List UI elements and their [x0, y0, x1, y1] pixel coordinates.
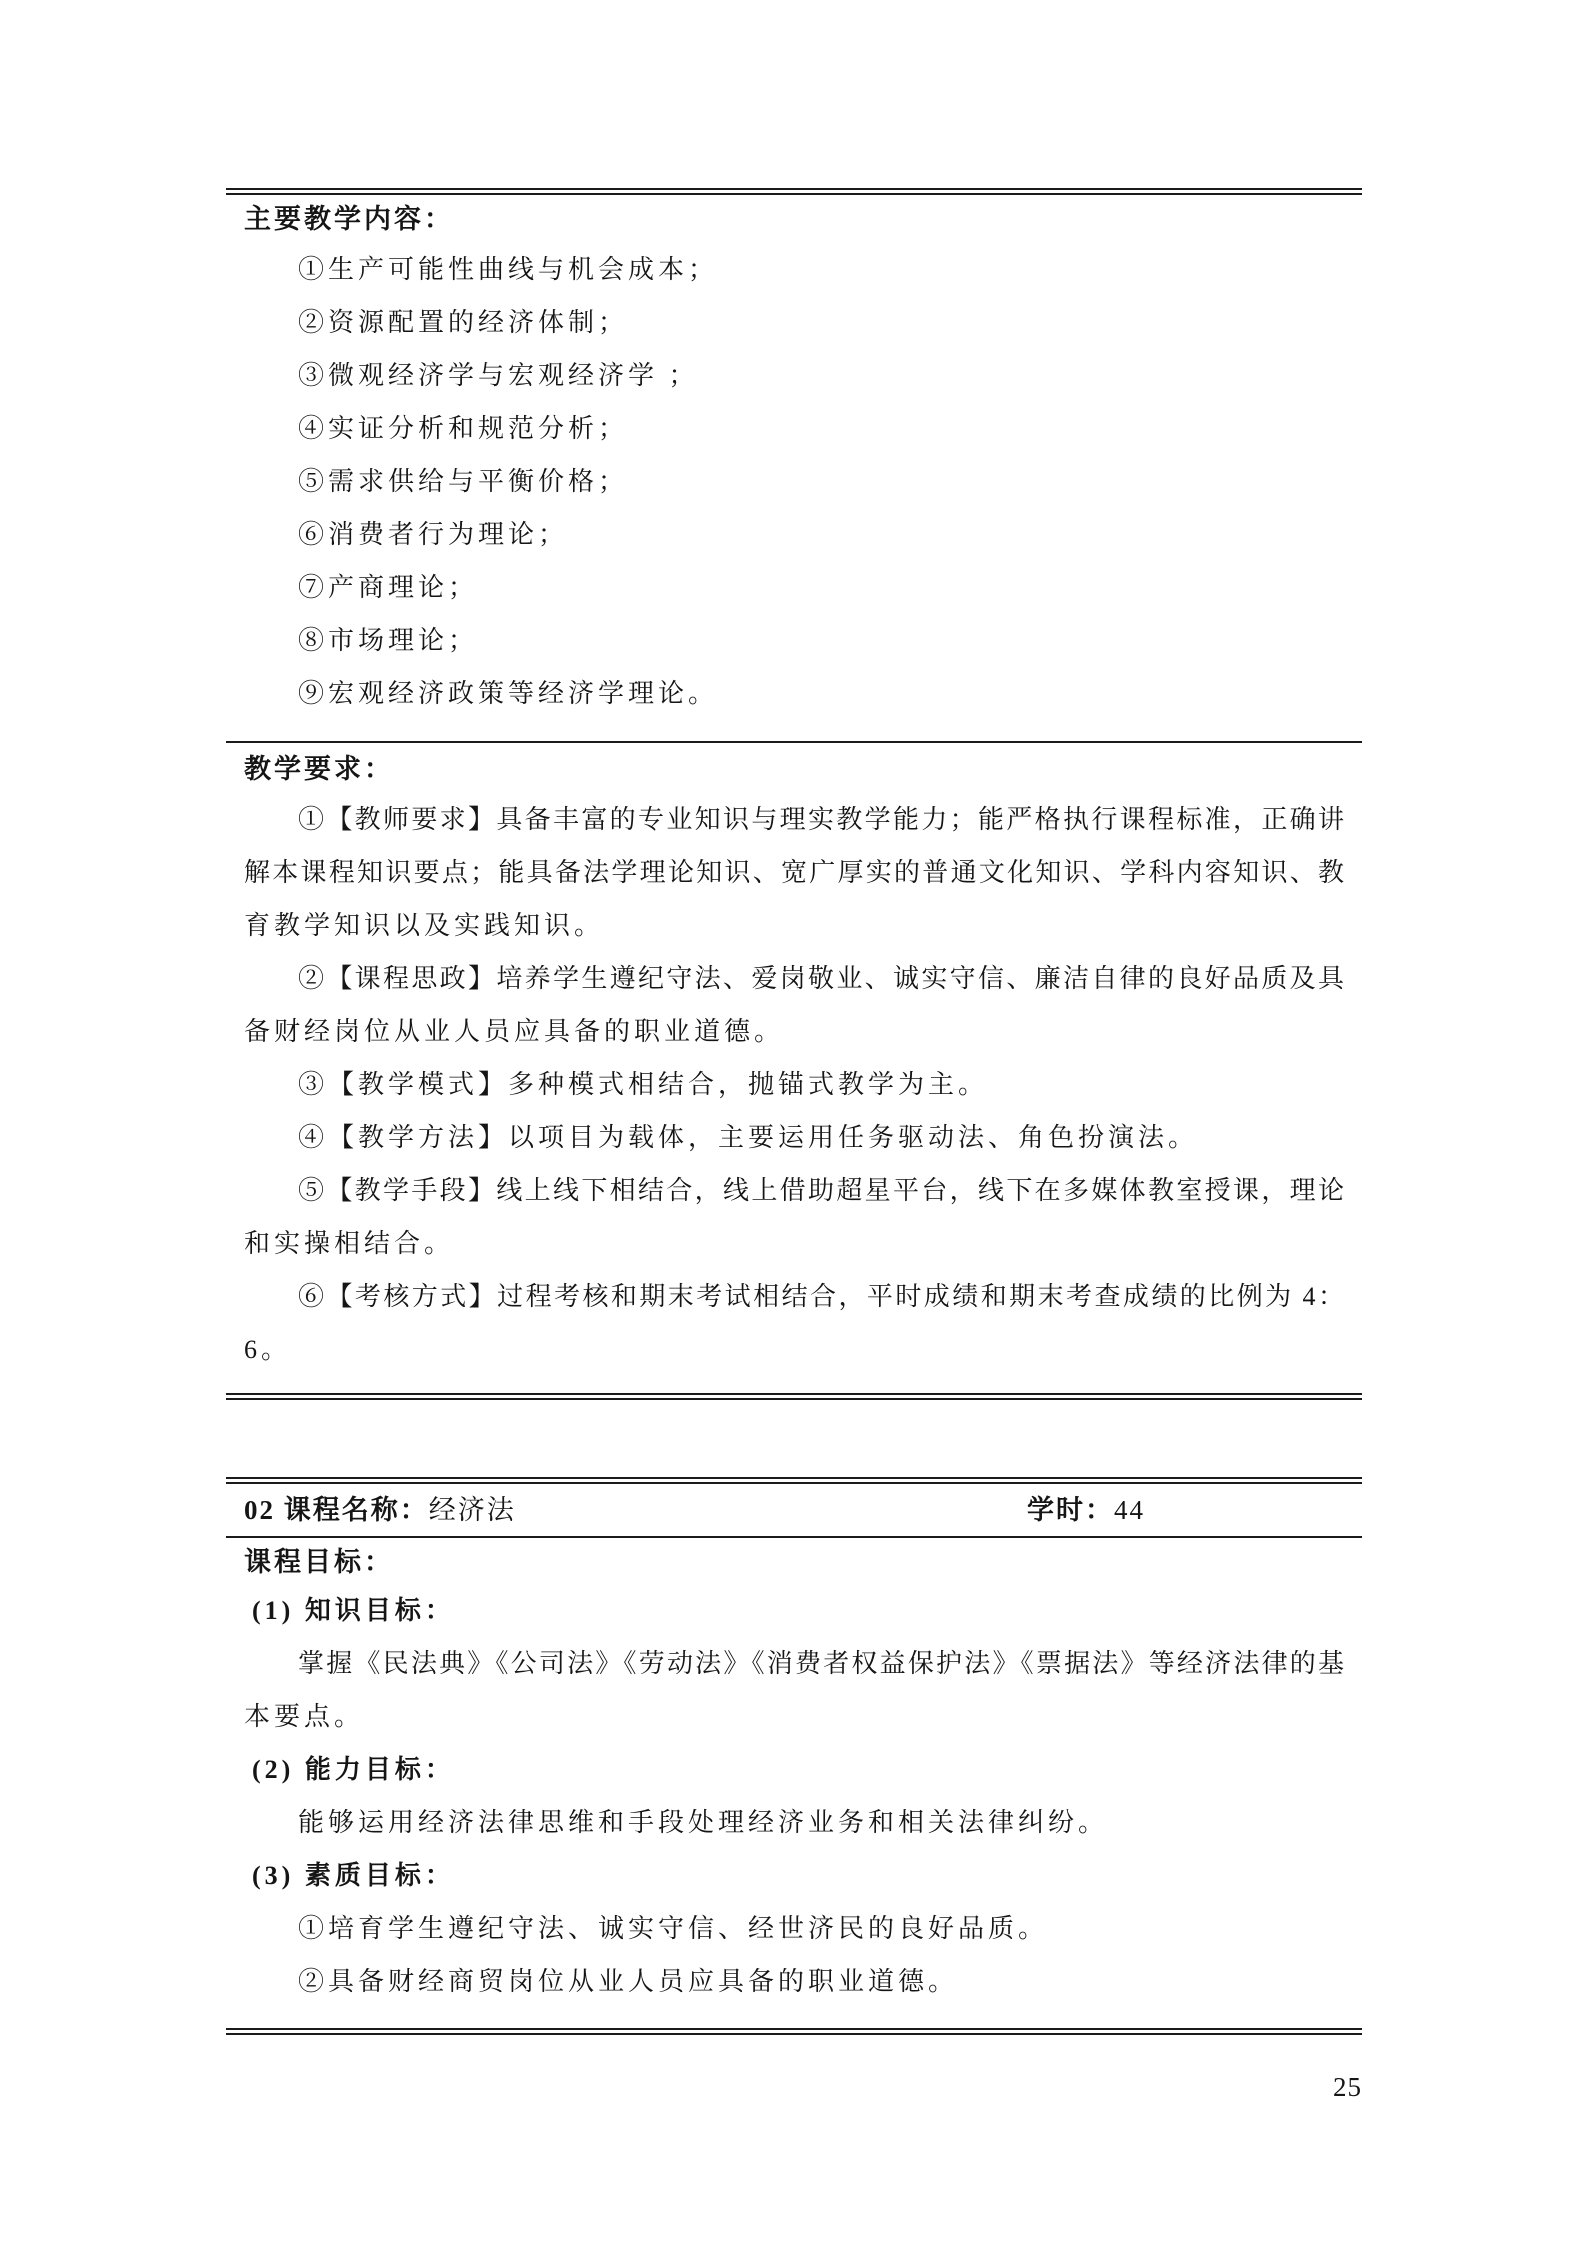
quality-objective-heading: (3) 素质目标：	[244, 1849, 1344, 1902]
requirement-line: 和实操相结合。	[244, 1217, 1344, 1270]
requirement-line: ④【教学方法】以项目为载体，主要运用任务驱动法、角色扮演法。	[244, 1111, 1344, 1164]
ability-objective-heading: (2) 能力目标：	[244, 1743, 1344, 1796]
requirement-line: ⑤【教学手段】线上线下相结合，线上借助超星平台，线下在多媒体教室授课，理论	[244, 1164, 1344, 1217]
document-page: 主要教学内容： ①生产可能性曲线与机会成本； ②资源配置的经济体制； ③微观经济…	[0, 0, 1587, 2245]
objective-line: ①培育学生遵纪守法、诚实守信、经世济民的良好品质。	[244, 1902, 1344, 1955]
table2-bottom-border	[226, 2028, 1362, 2035]
objective-line: 能够运用经济法律思维和手段处理经济业务和相关法律纠纷。	[244, 1796, 1344, 1849]
objective-line: ②具备财经商贸岗位从业人员应具备的职业道德。	[244, 1955, 1344, 2008]
course-objectives-heading: 课程目标：	[244, 1540, 1344, 1584]
main-teaching-content-heading: 主要教学内容：	[244, 195, 1344, 243]
table1-top-border	[226, 188, 1362, 195]
course-header-row: 02 课程名称：经济法 学时：44	[226, 1484, 1362, 1536]
teaching-content-table: 主要教学内容： ①生产可能性曲线与机会成本； ②资源配置的经济体制； ③微观经济…	[226, 188, 1362, 1400]
requirement-line: ①【教师要求】具备丰富的专业知识与理实教学能力；能严格执行课程标准，正确讲	[244, 793, 1344, 846]
hours-value: 44	[1114, 1495, 1145, 1525]
requirement-line: 备财经岗位从业人员应具备的职业道德。	[244, 1005, 1344, 1058]
requirement-line: ②【课程思政】培养学生遵纪守法、爱岗敬业、诚实守信、廉洁自律的良好品质及具	[244, 952, 1344, 1005]
content-item-4: ④实证分析和规范分析；	[244, 402, 1344, 455]
course-objectives-section: 课程目标： (1) 知识目标： 掌握《民法典》《公司法》《劳动法》《消费者权益保…	[226, 1538, 1362, 2028]
course-number-label: 02 课程名称：	[244, 1495, 429, 1525]
content-item-9: ⑨宏观经济政策等经济学理论。	[244, 667, 1344, 720]
page-number: 25	[1162, 2072, 1362, 2103]
table2-top-border	[226, 1477, 1362, 1484]
requirement-line: ③【教学模式】多种模式相结合，抛锚式教学为主。	[244, 1058, 1344, 1111]
hours-label: 学时：	[1027, 1495, 1114, 1525]
objective-line: 掌握《民法典》《公司法》《劳动法》《消费者权益保护法》《票据法》等经济法律的基	[244, 1637, 1344, 1690]
content-item-5: ⑤需求供给与平衡价格；	[244, 455, 1344, 508]
requirement-line: ⑥【考核方式】过程考核和期末考试相结合，平时成绩和期末考查成绩的比例为 4：	[244, 1270, 1344, 1323]
knowledge-objective-heading: (1) 知识目标：	[244, 1584, 1344, 1637]
objective-line: 本要点。	[244, 1690, 1344, 1743]
teaching-requirements-heading: 教学要求：	[244, 745, 1344, 793]
requirement-line: 解本课程知识要点；能具备法学理论知识、宽广厚实的普通文化知识、学科内容知识、教	[244, 846, 1344, 899]
content-item-7: ⑦产商理论；	[244, 561, 1344, 614]
course-hours: 学时：44	[1027, 1484, 1145, 1536]
course-name: 经济法	[429, 1495, 516, 1525]
content-item-6: ⑥消费者行为理论；	[244, 508, 1344, 561]
course-02-table: 02 课程名称：经济法 学时：44 课程目标： (1) 知识目标： 掌握《民法典…	[226, 1477, 1362, 2035]
content-item-2: ②资源配置的经济体制；	[244, 296, 1344, 349]
teaching-requirements-section: 教学要求： ①【教师要求】具备丰富的专业知识与理实教学能力；能严格执行课程标准，…	[226, 743, 1362, 1393]
table1-bottom-border	[226, 1393, 1362, 1400]
requirement-line: 育教学知识以及实践知识。	[244, 899, 1344, 952]
content-item-3: ③微观经济学与宏观经济学 ；	[244, 349, 1344, 402]
main-teaching-content-section: 主要教学内容： ①生产可能性曲线与机会成本； ②资源配置的经济体制； ③微观经济…	[226, 195, 1362, 741]
content-item-8: ⑧市场理论；	[244, 614, 1344, 667]
content-item-1: ①生产可能性曲线与机会成本；	[244, 243, 1344, 296]
requirement-line: 6。	[244, 1323, 1344, 1376]
